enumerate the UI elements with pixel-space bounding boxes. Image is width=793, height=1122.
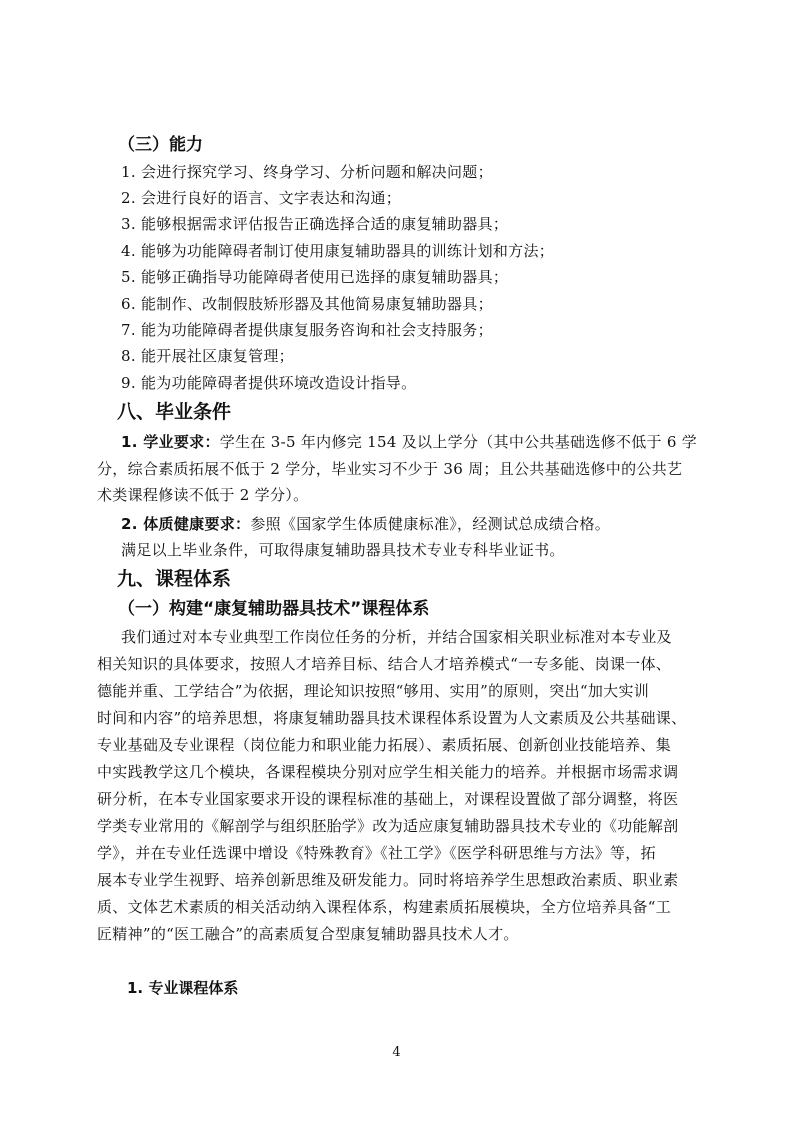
ability-item: 7. 能为功能障碍者提供康复服务咨询和社会支持服务； — [121, 320, 721, 340]
health-requirement: 2. 体质健康要求：参照《国家学生体质健康标准》，经测试总成绩合格。 — [121, 514, 721, 534]
health-requirement-label: 2. 体质健康要求： — [121, 515, 250, 533]
academic-requirement-line1: 1. 学业要求：学生在 3-5 年内修完 154 及以上学分（其中公共基础选修不… — [121, 432, 721, 452]
document-page: （三）能力 1. 会进行探究学习、终身学习、分析问题和解决问题； 2. 会进行良… — [0, 0, 793, 1122]
subheading-curriculum-build: （一）构建“康复辅助器具技术”课程体系 — [118, 598, 429, 620]
ability-item: 9. 能为功能障碍者提供环境改造设计指导。 — [121, 373, 721, 393]
ability-item: 5. 能够正确指导功能障碍者使用已选择的康复辅助器具； — [121, 267, 721, 287]
heading-abilities: （三）能力 — [118, 134, 203, 156]
paragraph-line: 时间和内容”的培养思想，将康复辅助器具技术课程体系设置为人文素质及公共基础课、 — [97, 708, 697, 728]
paragraph-line: 匠精神”的“医工融合”的高素质复合型康复辅助器具技术人才。 — [97, 924, 697, 944]
paragraph-line: 研分析，在本专业国家要求开设的课程标准的基础上，对课程设置做了部分调整，将医 — [97, 789, 697, 809]
paragraph-line: 德能并重、工学结合”为依据，理论知识按照“够用、实用”的原则，突出“加大实训 — [97, 681, 697, 701]
ability-item: 1. 会进行探究学习、终身学习、分析问题和解决问题； — [121, 162, 721, 182]
page-number: 4 — [0, 1045, 793, 1060]
academic-requirement-text: 学生在 3-5 年内修完 154 及以上学分（其中公共基础选修不低于 6 学 — [220, 433, 697, 451]
graduation-summary: 满足以上毕业条件，可取得康复辅助器具技术专业专科毕业证书。 — [121, 540, 721, 560]
ability-item: 2. 会进行良好的语言、文字表达和沟通； — [121, 188, 721, 208]
ability-item: 6. 能制作、改制假肢矫形器及其他简易康复辅助器具； — [121, 294, 721, 314]
paragraph-line: 专业基础及专业课程（岗位能力和职业能力拓展）、素质拓展、创新创业技能培养、集 — [97, 735, 697, 755]
heading-graduation: 八、毕业条件 — [117, 400, 231, 424]
paragraph-line: 学类专业常用的《解剖学与组织胚胎学》改为适应康复辅助器具技术专业的《功能解剖 — [97, 816, 697, 836]
sub-item-professional-curriculum: 1. 专业课程体系 — [127, 978, 238, 998]
ability-item: 4. 能够为功能障碍者制订使用康复辅助器具的训练计划和方法； — [121, 241, 721, 261]
paragraph-line: 我们通过对本专业典型工作岗位任务的分析，并结合国家相关职业标准对本专业及 — [121, 627, 721, 647]
paragraph-line: 展本专业学生视野、培养创新思维及研发能力。同时将培养学生思想政治素质、职业素 — [97, 870, 697, 890]
paragraph-line: 质、文体艺术素质的相关活动纳入课程体系，构建素质拓展模块，全方位培养具备“工 — [97, 897, 697, 917]
paragraph-line: 学》，并在专业任选课中增设《特殊教育》《社工学》《医学科研思维与方法》等，拓 — [97, 843, 697, 863]
health-requirement-text: 参照《国家学生体质健康标准》，经测试总成绩合格。 — [250, 515, 610, 533]
ability-item: 3. 能够根据需求评估报告正确选择合适的康复辅助器具； — [121, 214, 721, 234]
academic-requirement-label: 1. 学业要求： — [121, 433, 220, 451]
academic-requirement-line2: 分，综合素质拓展不低于 2 学分，毕业实习不少于 36 周；且公共基础选修中的公… — [97, 459, 697, 479]
paragraph-line: 中实践教学这几个模块，各课程模块分别对应学生相关能力的培养。并根据市场需求调 — [97, 762, 697, 782]
heading-curriculum: 九、课程体系 — [117, 567, 231, 591]
ability-item: 8. 能开展社区康复管理； — [121, 346, 721, 366]
paragraph-line: 相关知识的具体要求，按照人才培养目标、结合人才培养模式“一专多能、岗课一体、 — [97, 654, 697, 674]
academic-requirement-line3: 术类课程修读不低于 2 学分）。 — [97, 485, 697, 505]
